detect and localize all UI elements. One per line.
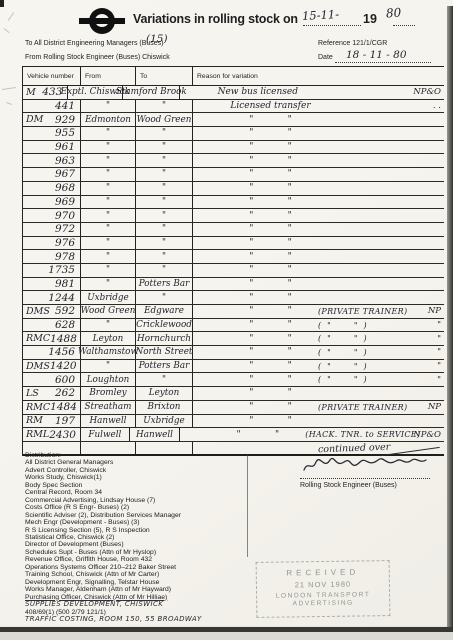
- from-cell-text: ": [106, 142, 110, 152]
- from-cell-text: ": [106, 211, 110, 221]
- vehicle-number-cell: 963: [23, 154, 81, 167]
- row-flag: . .: [433, 101, 444, 111]
- reason-cell: Licensed transfer. .: [193, 100, 444, 113]
- reason-text: " ": [223, 347, 318, 357]
- from-cell-text: Fulwell: [88, 430, 121, 440]
- from-cell-text: Streatham: [84, 402, 131, 412]
- reason-text: " ": [210, 430, 305, 440]
- table-row: 968""" ": [23, 182, 444, 196]
- reason-cell: " "(PRIVATE TRAINER)NP: [193, 305, 444, 318]
- to-cell-text: Wood Green: [137, 115, 192, 125]
- reason-cell: " ": [193, 182, 444, 195]
- table-row: 981"Potters Bar" ": [23, 278, 444, 292]
- reason-note: ( " " ): [318, 334, 426, 343]
- vehicle-number-cell: 968: [23, 182, 81, 195]
- reason-cell: " "( " " )": [193, 346, 444, 359]
- table-row: RM197HanwellUxbridge" ": [23, 415, 444, 429]
- to-cell: ": [136, 182, 193, 195]
- vehicle-number-cell: RML2430: [23, 428, 81, 441]
- from-cell: ": [81, 100, 136, 113]
- to-cell: ": [136, 237, 193, 250]
- from-line: From Rolling Stock Engineer (Buses) Chis…: [25, 54, 170, 61]
- reason-cell: " ": [193, 415, 444, 428]
- handwritten-date: 18 - 11 - 80: [346, 49, 407, 61]
- pencil-mark: [2, 87, 16, 90]
- vehicle-number: 433: [42, 86, 62, 98]
- reason-cell: " ": [193, 291, 444, 304]
- from-cell: Leyton: [81, 332, 136, 345]
- table-row: 600Loughton"" "( " " )": [23, 373, 444, 387]
- reason-cell: " ": [193, 223, 444, 236]
- vehicle-number: 600: [55, 374, 75, 386]
- form-title: Variations in rolling stock on: [133, 12, 298, 26]
- vehicle-number: 955: [55, 127, 75, 139]
- table-row: LS262BromleyLeyton" ": [23, 387, 444, 401]
- table-row: 978""" ": [23, 250, 444, 264]
- reason-cell: " "(PRIVATE TRAINER)NP: [193, 401, 444, 414]
- table-row: 628"Cricklewood" "( " " )": [23, 319, 444, 333]
- vehicle-number: 1488: [50, 333, 77, 345]
- reason-text: " ": [223, 142, 318, 152]
- table-row: 955""" ": [23, 127, 444, 141]
- row-flag: ": [437, 320, 444, 330]
- reason-note: ( " " ): [318, 362, 426, 371]
- table-row: 976""" ": [23, 237, 444, 251]
- to-cell: Hanwell: [130, 428, 181, 441]
- vehicle-number-cell: 600: [23, 373, 81, 386]
- vehicle-number: 967: [55, 168, 75, 180]
- to-cell-text: Stamford Brook: [116, 87, 187, 97]
- to-line: To All District Engineering Managers (Bu…: [25, 40, 164, 47]
- table-row: DMS1420"Potters Bar" "( " " )": [23, 360, 444, 374]
- from-cell: ": [81, 360, 136, 373]
- reason-cell: " ": [193, 264, 444, 277]
- vehicle-number-cell: RMC1484: [23, 401, 81, 414]
- reason-text: " ": [223, 306, 318, 316]
- to-cell-text: Uxbridge: [143, 416, 185, 426]
- reason-note: (HACK. TNR. to SERVICE): [305, 430, 413, 439]
- distribution-block: Distribution: All District General Manag…: [25, 452, 243, 623]
- from-cell: ": [81, 264, 136, 277]
- rolling-stock-table: Vehicle numberFromToReason for variation…: [22, 66, 444, 456]
- vehicle-number-cell: 1735: [23, 264, 81, 277]
- from-cell-text: ": [106, 252, 110, 262]
- reason-text: " ": [223, 156, 318, 166]
- from-cell-text: ": [106, 361, 110, 371]
- distribution-line: Director of Development (Buses): [25, 541, 243, 548]
- to-cell-text: ": [162, 169, 166, 179]
- row-flag: NP: [428, 306, 444, 316]
- table-rows: M433Exptl. ChiswickStamford BrookNew bus…: [23, 86, 444, 456]
- to-cell-text: Potters Bar: [139, 361, 190, 371]
- from-cell: ": [81, 209, 136, 222]
- table-row: RML2430FulwellHanwell" "(HACK. TNR. to S…: [23, 428, 444, 442]
- from-cell-text: Bromley: [89, 388, 126, 398]
- row-flag: NP&O: [413, 87, 444, 97]
- scan-right-edge: [447, 6, 453, 632]
- handwritten-supplies-line: SUPPLIES DEVELOPMENT, CHISWICK: [25, 601, 243, 608]
- from-cell: ": [81, 278, 136, 291]
- from-cell-text: Loughton: [87, 375, 130, 385]
- to-cell: ": [136, 264, 193, 277]
- row-flag: ": [437, 375, 444, 385]
- handwritten-title-date: 15-11-: [302, 7, 340, 23]
- distribution-line: Body Spec Section: [25, 482, 243, 489]
- vehicle-number-cell: DM929: [23, 113, 81, 126]
- to-cell: Leyton: [136, 387, 193, 400]
- vehicle-number: 592: [55, 305, 75, 317]
- received-stamp: RECEIVED 21 NOV 1980 LONDON TRANSPORT AD…: [256, 560, 391, 618]
- from-cell-text: ": [106, 197, 110, 207]
- to-cell: Hornchurch: [136, 332, 193, 345]
- reason-cell: " "(HACK. TNR. to SERVICE)NP&O: [180, 428, 444, 441]
- to-cell: Edgware: [136, 305, 193, 318]
- vehicle-number-cell: RMC1488: [23, 332, 81, 345]
- vehicle-class-prefix: RM: [26, 415, 43, 426]
- reference-number: Reference 121/1/CGR: [318, 40, 387, 47]
- from-cell-text: ": [106, 279, 110, 289]
- reason-text: " ": [223, 252, 318, 262]
- vehicle-number: 963: [55, 155, 75, 167]
- reason-text: New bus licensed: [210, 87, 305, 97]
- reason-text: " ": [223, 128, 318, 138]
- from-cell-text: Edmonton: [85, 115, 131, 125]
- reason-cell: " ": [193, 237, 444, 250]
- vehicle-class-prefix: M: [26, 87, 36, 98]
- distribution-lines: All District General ManagersAdvert Cont…: [25, 459, 243, 601]
- distribution-line: Revenue Office, Griffith House, Room 432: [25, 556, 243, 563]
- vehicle-number: 1420: [50, 360, 77, 372]
- to-cell: ": [136, 168, 193, 181]
- from-cell: ": [81, 223, 136, 236]
- row-flag: ": [437, 334, 444, 344]
- vehicle-number-cell: 628: [23, 319, 81, 332]
- distribution-line: Scientific Adviser (2), Distribution Ser…: [25, 512, 243, 519]
- vehicle-number-cell: 1456: [23, 346, 81, 359]
- reason-cell: " "( " " )": [193, 373, 444, 386]
- vehicle-number: 1735: [48, 264, 75, 276]
- vehicle-number: 441: [55, 100, 75, 112]
- from-cell-text: ": [106, 224, 110, 234]
- from-cell: Streatham: [81, 401, 136, 414]
- vehicle-number: 929: [55, 114, 75, 126]
- title-dotted-line: [303, 25, 361, 26]
- distribution-line: R S Licensing Section (5), R S Inspectio…: [25, 527, 243, 534]
- distribution-line: Commercial Advertising, Lindsay House (7…: [25, 497, 243, 504]
- to-cell-text: ": [162, 252, 166, 262]
- reason-text: " ": [223, 402, 318, 412]
- from-cell-text: ": [106, 265, 110, 275]
- reason-cell: New bus licensedNP&O: [180, 86, 444, 99]
- reason-text: " ": [223, 279, 318, 289]
- table-row: 441""Licensed transfer. .: [23, 100, 444, 114]
- table-row: 967""" ": [23, 168, 444, 182]
- to-cell-text: ": [162, 156, 166, 166]
- vehicle-number-cell: 967: [23, 168, 81, 181]
- row-flag: NP: [428, 402, 444, 412]
- to-cell: ": [136, 373, 193, 386]
- vehicle-number-cell: 972: [23, 223, 81, 236]
- from-cell: Uxbridge: [81, 291, 136, 304]
- from-cell-text: ": [106, 183, 110, 193]
- signature-block: Rolling Stock Engineer (Buses): [300, 458, 450, 489]
- table-row: 969""" ": [23, 196, 444, 210]
- vehicle-number: 981: [55, 278, 75, 290]
- year-prefix: 19: [363, 12, 377, 26]
- to-cell-text: Potters Bar: [139, 279, 190, 289]
- to-cell-text: ": [162, 224, 166, 234]
- reason-text: " ": [223, 169, 318, 179]
- table-row: 1456WalthamstowNorth Street" "( " " )": [23, 346, 444, 360]
- from-cell: ": [81, 141, 136, 154]
- reason-text: " ": [223, 375, 318, 385]
- pencil-mark: [3, 28, 9, 33]
- from-cell: Hanwell: [81, 415, 136, 428]
- reason-note: (PRIVATE TRAINER): [318, 403, 426, 412]
- column-header: To: [136, 67, 193, 85]
- from-cell: Edmonton: [81, 113, 136, 126]
- table-row: M433Exptl. ChiswickStamford BrookNew bus…: [23, 86, 444, 100]
- signature-line: [300, 458, 430, 479]
- vehicle-class-prefix: DMS: [26, 361, 50, 372]
- vertical-divider-line: [247, 455, 248, 557]
- from-cell-text: ": [106, 320, 110, 330]
- to-cell-text: Hanwell: [136, 430, 173, 440]
- reason-note: ( " " ): [318, 321, 426, 330]
- reason-text: " ": [223, 197, 318, 207]
- reason-text: " ": [223, 211, 318, 221]
- reason-cell: " "( " " )": [193, 332, 444, 345]
- vehicle-number-cell: DMS592: [23, 305, 81, 318]
- to-cell: Cricklewood: [136, 319, 193, 332]
- to-cell: ": [136, 209, 193, 222]
- table-row: DMS592Wood GreenEdgware" "(PRIVATE TRAIN…: [23, 305, 444, 319]
- vehicle-number: 968: [55, 182, 75, 194]
- reason-text: " ": [223, 334, 318, 344]
- row-flag: NP&O: [413, 430, 444, 440]
- table-row: 963""" ": [23, 154, 444, 168]
- to-cell: Uxbridge: [136, 415, 193, 428]
- from-cell-text: Hanwell: [90, 416, 127, 426]
- vehicle-class-prefix: RMC: [26, 333, 50, 344]
- from-cell: Wood Green: [81, 305, 136, 318]
- reason-cell: " ": [193, 387, 444, 400]
- from-cell: ": [81, 250, 136, 263]
- reason-cell: " ": [193, 168, 444, 181]
- table-row: 1244Uxbridge"" ": [23, 291, 444, 305]
- from-cell: Walthamstow: [81, 346, 136, 359]
- to-cell-text: North Street: [136, 347, 193, 357]
- scan-background: [0, 632, 453, 640]
- vehicle-number: 972: [55, 223, 75, 235]
- to-cell-text: ": [162, 265, 166, 275]
- column-header: From: [81, 67, 136, 85]
- reason-text: " ": [223, 238, 318, 248]
- column-header: Vehicle number: [23, 67, 81, 85]
- table-row: 961""" ": [23, 141, 444, 155]
- table-row: 972""" ": [23, 223, 444, 237]
- to-cell-text: ": [162, 375, 166, 385]
- vehicle-class-prefix: RMC: [26, 402, 50, 413]
- reason-text: " ": [223, 265, 318, 275]
- to-cell: ": [136, 291, 193, 304]
- to-cell: ": [136, 141, 193, 154]
- from-cell: ": [81, 127, 136, 140]
- to-cell: Brixton: [136, 401, 193, 414]
- to-cell-text: ": [162, 142, 166, 152]
- vehicle-number-cell: 1244: [23, 291, 81, 304]
- row-flag: ": [437, 361, 444, 371]
- distribution-line: Schedules Supt - Buses (Attn of Mr Hyslo…: [25, 549, 243, 556]
- to-cell: ": [136, 223, 193, 236]
- vehicle-number-cell: RM197: [23, 415, 81, 428]
- vehicle-number: 961: [55, 141, 75, 153]
- table-row: DM929EdmontonWood Green" ": [23, 113, 444, 127]
- reason-text: " ": [223, 388, 318, 398]
- reason-text: " ": [223, 320, 318, 330]
- column-header: Reason for variation: [193, 73, 444, 80]
- vehicle-number-cell: 961: [23, 141, 81, 154]
- from-cell-text: ": [106, 128, 110, 138]
- distribution-line: All District General Managers: [25, 459, 243, 466]
- from-cell: ": [81, 182, 136, 195]
- vehicle-number: 2430: [49, 429, 76, 441]
- to-cell-text: ": [162, 128, 166, 138]
- handwritten-year: 80: [386, 5, 402, 20]
- to-cell-text: ": [162, 197, 166, 207]
- table-row: RMC1484StreathamBrixton" "(PRIVATE TRAIN…: [23, 401, 444, 415]
- distribution-line: Costs Office (R S Engr- Buses) (2): [25, 504, 243, 511]
- from-cell-text: Walthamstow: [78, 347, 138, 357]
- signatory-role: Rolling Stock Engineer (Buses): [300, 482, 450, 489]
- to-cell-text: ": [162, 183, 166, 193]
- to-cell-text: Hornchurch: [137, 334, 191, 344]
- from-cell: ": [81, 154, 136, 167]
- reason-text: " ": [223, 183, 318, 193]
- to-cell-text: ": [162, 238, 166, 248]
- from-cell: Fulwell: [81, 428, 130, 441]
- to-cell-text: Cricklewood: [136, 320, 192, 330]
- vehicle-number-cell: 978: [23, 250, 81, 263]
- date-label: Date: [318, 54, 333, 61]
- to-cell-text: Leyton: [149, 388, 180, 398]
- distribution-line: Training School, Chiswick (Attn of Mr Ca…: [25, 571, 243, 578]
- to-cell: ": [136, 154, 193, 167]
- from-cell: ": [81, 168, 136, 181]
- from-cell-text: Wood Green: [81, 306, 136, 316]
- reason-cell: " ": [193, 113, 444, 126]
- to-cell-text: ": [162, 293, 166, 303]
- distribution-heading: Distribution:: [25, 452, 243, 459]
- distribution-line: Advert Controller, Chiswick: [25, 467, 243, 474]
- from-cell-text: Uxbridge: [87, 293, 129, 303]
- vehicle-class-prefix: LS: [26, 388, 39, 399]
- table-row: 1735""" ": [23, 264, 444, 278]
- vehicle-number-cell: 955: [23, 127, 81, 140]
- reason-cell: " ": [193, 250, 444, 263]
- to-cell: Wood Green: [136, 113, 193, 126]
- to-cell-text: Brixton: [148, 402, 181, 412]
- from-cell: ": [81, 196, 136, 209]
- from-cell: Bromley: [81, 387, 136, 400]
- distribution-line: Works Manager, Aldenham (Attn of Mr Hayw…: [25, 586, 243, 593]
- to-cell-text: Edgware: [144, 306, 184, 316]
- to-cell: ": [136, 250, 193, 263]
- table-row: RMC1488LeytonHornchurch" "( " " )": [23, 332, 444, 346]
- to-cell: ": [136, 196, 193, 209]
- reason-cell: " ": [193, 278, 444, 291]
- vehicle-number: 978: [55, 251, 75, 263]
- pencil-mark: [8, 12, 15, 21]
- to-cell: North Street: [136, 346, 193, 359]
- reason-cell: " ": [193, 196, 444, 209]
- from-cell-text: ": [106, 156, 110, 166]
- stamp-date: 21 NOV 1980: [257, 579, 389, 590]
- reason-text: " ": [223, 293, 318, 303]
- reason-text: Licensed transfer: [223, 101, 318, 111]
- vehicle-number: 970: [55, 210, 75, 222]
- signature-scribble: [300, 452, 435, 478]
- reason-cell: " "( " " )": [193, 319, 444, 332]
- from-cell-text: ": [106, 238, 110, 248]
- reason-cell: " ": [193, 141, 444, 154]
- from-cell-text: ": [106, 169, 110, 179]
- vehicle-number: 262: [55, 387, 75, 399]
- vehicle-number: 969: [55, 196, 75, 208]
- to-cell: ": [136, 100, 193, 113]
- from-cell: Loughton: [81, 373, 136, 386]
- to-cell: Stamford Brook: [123, 86, 180, 99]
- reason-cell: " ": [193, 154, 444, 167]
- row-flag: ": [437, 347, 444, 357]
- reason-text: " ": [223, 416, 318, 426]
- to-cell: Potters Bar: [136, 278, 193, 291]
- distribution-line: Development Engr, Signalling, Telstar Ho…: [25, 579, 243, 586]
- vehicle-number-cell: 970: [23, 209, 81, 222]
- reason-text: " ": [223, 224, 318, 234]
- scanned-form-page: Variations in rolling stock on 19 15-11-…: [0, 0, 453, 640]
- table-header-row: Vehicle numberFromToReason for variation: [23, 67, 444, 86]
- to-cell: Potters Bar: [136, 360, 193, 373]
- vehicle-number-cell: 976: [23, 237, 81, 250]
- handwritten-traffic-line: TRAFFIC COSTING, ROOM 150, 55 BROADWAY: [25, 616, 243, 623]
- scan-corner-speck: [0, 0, 4, 7]
- to-cell-text: ": [162, 101, 166, 111]
- date-dotted-line: [335, 62, 431, 63]
- vehicle-number: 976: [55, 237, 75, 249]
- distribution-line: Works Study, Chiswick(1): [25, 474, 243, 481]
- reason-text: " ": [223, 115, 318, 125]
- vehicle-number-cell: LS262: [23, 387, 81, 400]
- title-dotted-line-tail: [393, 25, 415, 26]
- vehicle-number: 1244: [48, 292, 75, 304]
- vehicle-number: 628: [55, 319, 75, 331]
- handwritten-annotation-15: (15): [146, 33, 168, 45]
- vehicle-number-cell: DMS1420: [23, 360, 81, 373]
- distribution-line: Mech Engr (Development - Buses) (3): [25, 519, 243, 526]
- stamp-dept: ADVERTISING: [257, 599, 389, 608]
- to-cell-text: ": [162, 211, 166, 221]
- distribution-line: Operations Systems Officer 210–212 Baker…: [25, 564, 243, 571]
- reason-note: ( " " ): [318, 375, 426, 384]
- to-cell: ": [136, 127, 193, 140]
- distribution-line: Statistical Office, Chiswick (2): [25, 534, 243, 541]
- reason-note: ( " " ): [318, 348, 426, 357]
- vehicle-number-cell: 441: [23, 100, 81, 113]
- vehicle-class-prefix: RML: [26, 429, 49, 440]
- from-cell-text: ": [106, 101, 110, 111]
- vehicle-number: 1456: [48, 346, 75, 358]
